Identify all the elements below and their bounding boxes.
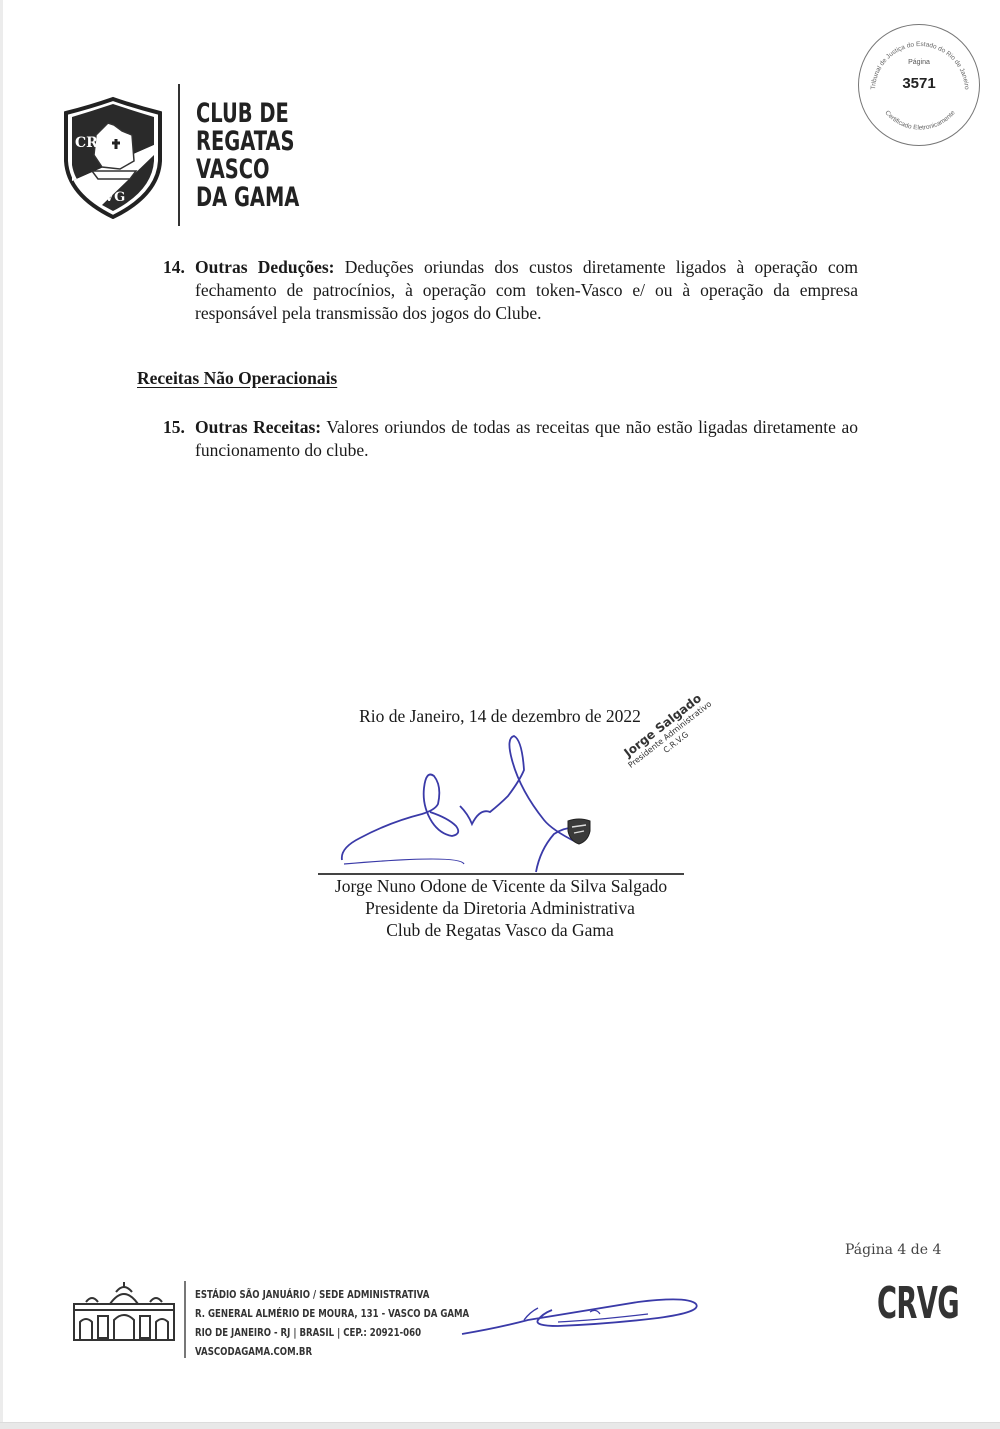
signer-name: Jorge Nuno Odone de Vicente da Silva Sal… [1, 875, 1000, 897]
wordmark-line: CLUB DE [196, 100, 299, 128]
item-content: Outras Deduções: Deduções oriundas dos c… [195, 256, 858, 325]
page-edge-bottom [0, 1422, 1000, 1429]
list-item: 15. Outras Receitas: Valores oriundos de… [163, 416, 858, 462]
footer-address: ESTÁDIO SÃO JANUÁRIO / SEDE ADMINISTRATI… [195, 1285, 469, 1361]
place-and-date: Rio de Janeiro, 14 de dezembro de 2022 [0, 706, 1000, 727]
vasco-crest-icon: CR VG [62, 95, 164, 219]
small-crest-icon [566, 815, 592, 845]
section-heading: Receitas Não Operacionais [137, 368, 337, 389]
signer-role: Presidente da Diretoria Administrativa [0, 897, 1000, 919]
logo-divider [178, 84, 180, 226]
page-number: Página 4 de 4 [845, 1242, 941, 1258]
stamp-page-number: 3571 [859, 75, 979, 92]
wordmark-line: REGATAS [196, 128, 299, 156]
footer-divider [184, 1281, 186, 1358]
item-number: 15. [163, 416, 185, 439]
item-content: Outras Receitas: Valores oriundos de tod… [195, 416, 858, 462]
svg-text:VG: VG [103, 190, 125, 205]
svg-text:CR: CR [75, 135, 98, 151]
svg-text:Certificado Eletronicamente: Certificado Eletronicamente [883, 109, 956, 131]
address-line: ESTÁDIO SÃO JANUÁRIO / SEDE ADMINISTRATI… [195, 1285, 469, 1304]
club-wordmark: CLUB DE REGATAS VASCO DA GAMA [196, 100, 299, 212]
item-term: Outras Receitas: [195, 417, 321, 437]
initials-signature [458, 1290, 708, 1340]
court-page-stamp: Tribunal de Justiça do Estado do Rio de … [858, 24, 980, 146]
website-link: VASCODAGAMA.COM.BR [195, 1342, 469, 1361]
address-line: R. GENERAL ALMÉRIO DE MOURA, 131 - VASCO… [195, 1304, 469, 1323]
crvg-brand-mark: CRVG [877, 1280, 959, 1328]
stadium-facade-icon [72, 1280, 176, 1342]
signer-organization: Club de Regatas Vasco da Gama [0, 919, 1000, 941]
stamp-label: Página [859, 59, 979, 66]
list-item: 14. Outras Deduções: Deduções oriundas d… [163, 256, 858, 325]
wordmark-line: DA GAMA [196, 184, 299, 212]
item-number: 14. [163, 256, 185, 279]
item-term: Outras Deduções: [195, 257, 335, 277]
address-line: RIO DE JANEIRO - RJ | BRASIL | CEP.: 209… [195, 1323, 469, 1342]
wordmark-line: VASCO [196, 156, 299, 184]
